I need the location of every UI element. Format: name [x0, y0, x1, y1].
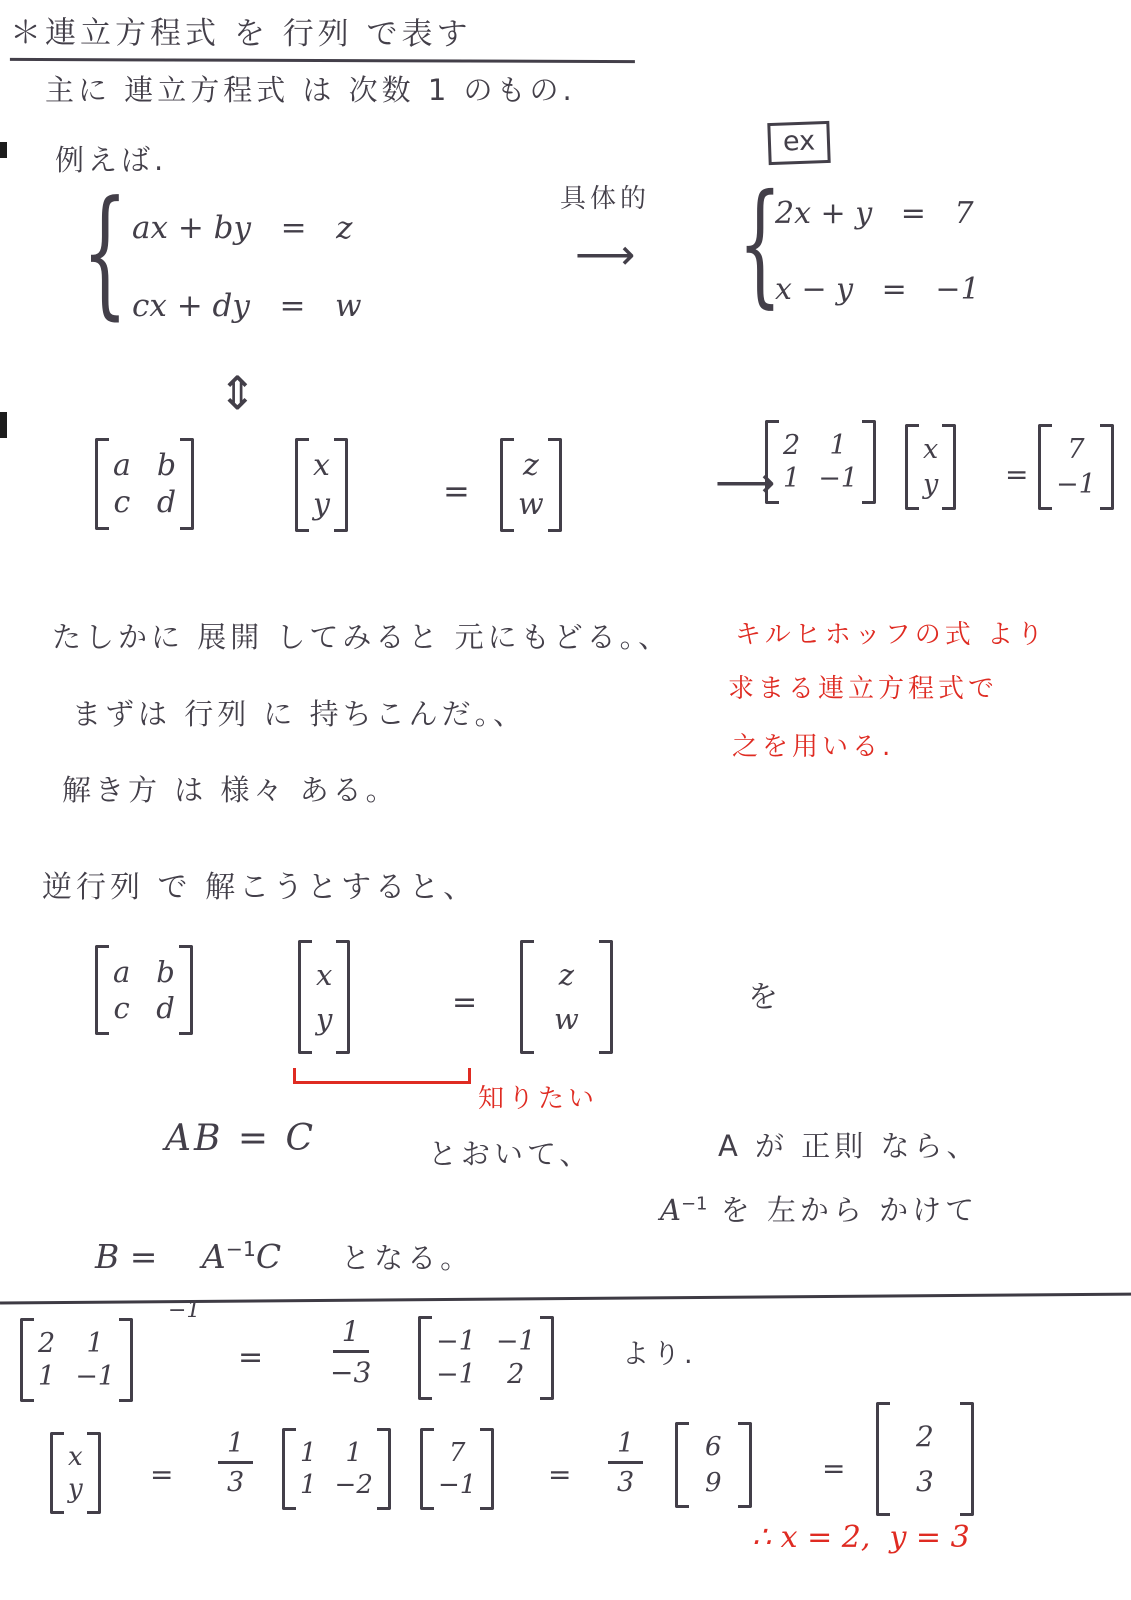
- matrix-sol-mid: 6 9: [675, 1422, 752, 1508]
- matrix-cell: b: [157, 448, 176, 483]
- matrix-cell: x: [316, 958, 332, 992]
- b-left: B =: [95, 1237, 168, 1276]
- matrix-cell: 1: [335, 1438, 373, 1468]
- concrete-label: 具体的: [560, 178, 650, 215]
- updown-arrow-icon: ⇕: [218, 366, 257, 420]
- matrix-cell: 1: [818, 430, 858, 461]
- ab-mid-text: とおいて、: [428, 1132, 592, 1173]
- matrix-cell: x: [68, 1442, 83, 1472]
- handwritten-note-page: { "colors": { "ink": "#433f49", "red": "…: [0, 0, 1131, 1600]
- matrix-cell: 2: [783, 430, 800, 461]
- matrix-gen-A: a b c d: [95, 438, 194, 530]
- matrix-cell: w: [554, 1002, 579, 1036]
- check-line-1: たしかに 展開 してみると 元にもどる。、: [52, 615, 671, 656]
- matrix-cell: −1: [818, 463, 858, 494]
- matrix-sol-b: 7 −1: [420, 1428, 494, 1510]
- red-note-line3: 之を用いる.: [732, 726, 894, 763]
- ex-box: ex: [767, 121, 831, 165]
- matrix-cell: −1: [436, 1326, 476, 1357]
- matrix-gen-b: z w: [500, 438, 562, 532]
- wo-particle: を: [748, 972, 782, 1016]
- ab-equation: AB = C: [165, 1118, 316, 1159]
- equals-sign: =: [150, 1458, 173, 1491]
- b-rest: となる。: [281, 1241, 473, 1275]
- matrix-cell: −1: [436, 1359, 476, 1390]
- matrix-cell: −1: [1056, 469, 1096, 500]
- b-a-base: A: [168, 1237, 226, 1276]
- fraction-neg-third: 1 −3: [330, 1315, 371, 1389]
- b-a-exponent: −1: [226, 1237, 256, 1261]
- fraction-denominator: 3: [617, 1464, 634, 1498]
- conclusion-line: ∴ x = 2, y = 3: [752, 1520, 970, 1555]
- matrix-cell: 7: [1067, 434, 1084, 465]
- matrix-cell: 1: [783, 463, 800, 494]
- matrix-cell: 2: [496, 1359, 536, 1390]
- system-general-row2: cx + dy = w: [132, 288, 362, 324]
- matrix-cell: z: [559, 958, 574, 992]
- matrix-gen-b: z w: [520, 940, 613, 1054]
- matrix-cell: −1: [496, 1326, 536, 1357]
- matrix-cell: 2: [38, 1328, 55, 1359]
- matrix-cell: 2: [916, 1420, 934, 1453]
- equals-sign: =: [822, 1452, 845, 1485]
- equals-sign: =: [548, 1458, 571, 1491]
- fraction-numerator: 1: [333, 1315, 369, 1353]
- fraction-third: 1 3: [218, 1428, 253, 1498]
- equals-sign: =: [1005, 458, 1028, 491]
- ainv-line: A−1 を 左から かけて: [660, 1188, 978, 1229]
- matrix-cell: x: [313, 448, 330, 483]
- yori-label: より.: [622, 1332, 697, 1371]
- intro-line: 主に 連立方程式 は 次数 1 のもの.: [45, 68, 576, 109]
- system-example-row1: 2x + y = 7: [775, 196, 974, 231]
- ainv-rest: を 左から かけて: [707, 1193, 978, 1227]
- shiritai-label: 知りたい: [478, 1078, 598, 1115]
- ab-right-text: A が 正則 なら、: [718, 1124, 980, 1165]
- matrix-cell: y: [68, 1474, 83, 1504]
- red-note-line2: 求まる連立方程式で: [728, 668, 998, 705]
- matrix-cell: a: [113, 448, 131, 483]
- matrix-cell: 7: [449, 1438, 466, 1468]
- fraction-numerator: 1: [608, 1428, 643, 1464]
- matrix-cell: 1: [75, 1328, 115, 1359]
- matrix-cell: 1: [300, 1438, 317, 1468]
- matrix-ex-v: x y: [905, 424, 956, 510]
- ainv-base: A: [660, 1193, 681, 1227]
- fraction-third: 1 3: [608, 1428, 643, 1498]
- equals-sign: =: [238, 1340, 263, 1375]
- matrix-cell: c: [113, 991, 130, 1025]
- system-general-row1: ax + by = z: [132, 210, 352, 246]
- matrix-cell: 1: [38, 1361, 55, 1392]
- matrix-sol-v: x y: [50, 1432, 101, 1514]
- right-arrow-icon: ⟶: [575, 230, 635, 279]
- matrix-gen-v: x y: [298, 940, 350, 1054]
- scan-artifact: [0, 412, 7, 438]
- red-measure-bracket: [293, 1068, 471, 1084]
- matrix-cell: y: [923, 469, 938, 500]
- matrix-cell: 6: [705, 1432, 722, 1462]
- matrix-cell: −2: [335, 1470, 373, 1500]
- matrix-gen-A: a b c d: [95, 945, 193, 1035]
- matrix-cell: z: [523, 448, 539, 483]
- matrix-gen-v: x y: [295, 438, 348, 532]
- matrix-cell: b: [156, 955, 175, 989]
- matrix-cell: x: [923, 434, 938, 465]
- equals-sign: =: [452, 985, 477, 1020]
- b-equation-line: B = A−1Cとなる。: [95, 1236, 473, 1277]
- inverse-intro-line: 逆行列 で 解こうとすると、: [42, 862, 477, 906]
- inverse-exponent: −1: [168, 1298, 200, 1323]
- fraction-denominator: 3: [227, 1464, 244, 1498]
- page-title: ＊連立方程式 を 行列 で表す: [10, 7, 635, 63]
- matrix-cell: 9: [705, 1468, 722, 1498]
- matrix-cell: y: [316, 1002, 332, 1036]
- matrix-sol-final: 2 3: [876, 1402, 974, 1516]
- matrix-cell: −1: [438, 1470, 476, 1500]
- system-example-row2: x − y = −1: [775, 272, 980, 307]
- fraction-denominator: −3: [330, 1353, 371, 1389]
- matrix-inv-result: −1 −1 −1 2: [418, 1316, 554, 1400]
- b-c: C: [256, 1237, 281, 1276]
- matrix-cell: a: [113, 955, 130, 989]
- matrix-cell: w: [518, 487, 544, 522]
- ainv-exponent: −1: [681, 1193, 708, 1214]
- matrix-cell: d: [156, 991, 175, 1025]
- matrix-cell: c: [113, 485, 131, 520]
- check-line-3: 解き方 は 様々 ある。: [62, 768, 399, 809]
- check-line-2: まずは 行列 に 持ちこんだ。、: [72, 692, 526, 733]
- scan-artifact: [0, 142, 7, 158]
- red-note-line1: キルヒホッフの式 より: [735, 614, 1047, 651]
- matrix-inv-A: 2 1 1 −1: [20, 1318, 133, 1402]
- matrix-cell: 3: [916, 1465, 934, 1498]
- system-brace: {: [82, 171, 128, 333]
- matrix-sol-M: 1 1 1 −2: [282, 1428, 391, 1510]
- fraction-numerator: 1: [218, 1428, 253, 1464]
- matrix-cell: d: [157, 485, 176, 520]
- equals-sign: =: [443, 472, 470, 510]
- matrix-ex-A: 2 1 1 −1: [765, 420, 876, 504]
- matrix-cell: y: [313, 487, 330, 522]
- matrix-cell: 1: [300, 1470, 317, 1500]
- matrix-ex-b: 7 −1: [1038, 424, 1114, 510]
- matrix-cell: −1: [75, 1361, 115, 1392]
